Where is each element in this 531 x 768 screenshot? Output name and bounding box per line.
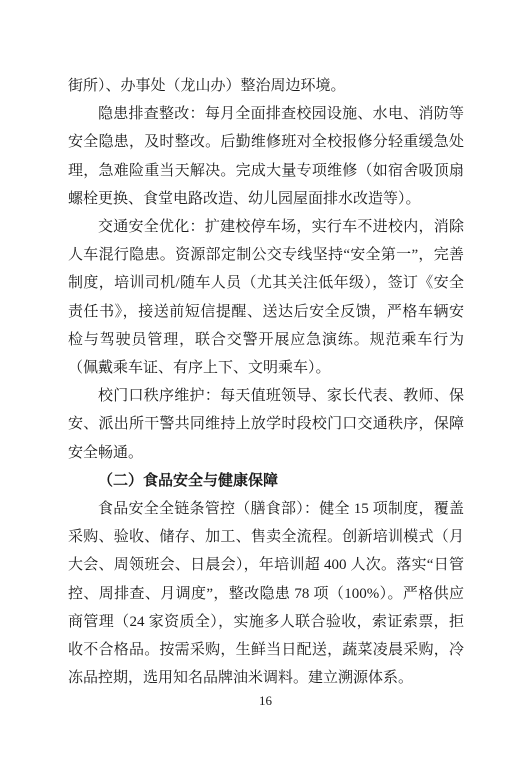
- section-heading-food-safety: （二）食品安全与健康保障: [68, 467, 464, 495]
- page-body: 街所）、办事处（龙山办）整治周边环境。 隐患排查整改：每月全面排查校园设施、水电…: [68, 72, 464, 692]
- paragraph-traffic-safety: 交通安全优化：扩建校停车场，实行车不进校内，消除人车混行隐患。资源部定制公交专线…: [68, 213, 464, 382]
- page-number: 16: [0, 692, 531, 710]
- document-page: { "document": { "background_color": "#ff…: [0, 0, 531, 768]
- paragraph-food-safety-control: 食品安全全链条管控（膳食部）：健全 15 项制度，覆盖采购、验收、储存、加工、售…: [68, 495, 464, 692]
- paragraph-school-gate-order: 校门口秩序维护：每天值班领导、家长代表、教师、保安、派出所干警共同维持上放学时段…: [68, 382, 464, 467]
- page-background: 街所）、办事处（龙山办）整治周边环境。 隐患排查整改：每月全面排查校园设施、水电…: [0, 0, 531, 768]
- paragraph-continuation: 街所）、办事处（龙山办）整治周边环境。: [68, 72, 464, 100]
- paragraph-hazard-inspection: 隐患排查整改：每月全面排查校园设施、水电、消防等安全隐患，及时整改。后勤维修班对…: [68, 100, 464, 213]
